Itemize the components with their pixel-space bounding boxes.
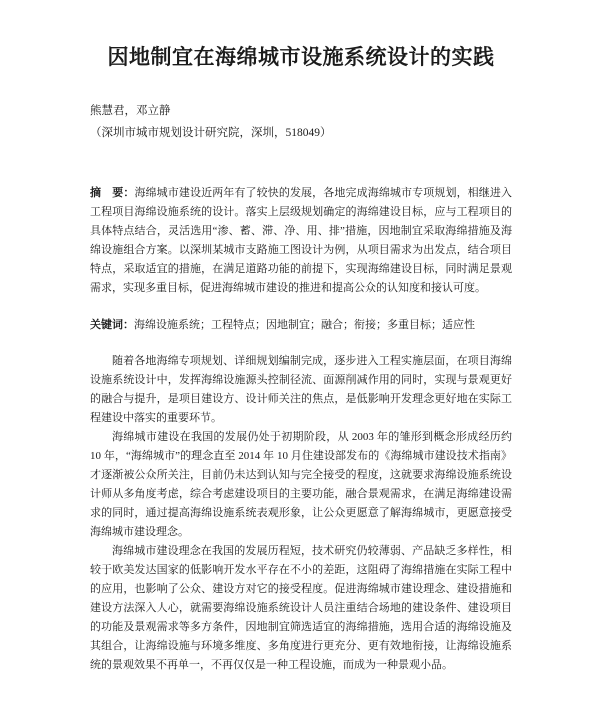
body-paragraph-2: 海绵城市建设在我国的发展仍处于初期阶段，从 2003 年的雏形到概念形成经历约 … [90,428,512,542]
keywords-text: 海绵设施系统；工程特点；因地制宜；融合；衔接；多重目标；适应性 [134,319,475,331]
affiliation-line: （深圳市城市规划设计研究院，深圳，518049） [90,126,512,141]
abstract-text: 海绵城市建设近两年有了较快的发展，各地完成海绵城市专项规划，相继进入工程项目海绵… [90,187,512,294]
abstract-section: 摘 要：海绵城市建设近两年有了较快的发展，各地完成海绵城市专项规划，相继进入工程… [90,184,512,298]
paper-title: 因地制宜在海绵城市设施系统设计的实践 [90,0,512,70]
abstract-label: 摘 要： [90,187,134,199]
body-paragraph-3: 海绵城市建设理念在我国的发展历程短，技术研究仍较薄弱、产品缺乏多样性，相较于欧美… [90,542,512,675]
body-text: 随着各地海绵专项规划、详细规划编制完成，逐步进入工程实施层面，在项目海绵设施系统… [90,352,512,675]
scanned-paper-page: 因地制宜在海绵城市设施系统设计的实践 熊慧君，邓立静 （深圳市城市规划设计研究院… [0,0,600,727]
body-paragraph-1: 随着各地海绵专项规划、详细规划编制完成，逐步进入工程实施层面，在项目海绵设施系统… [90,352,512,428]
authors-line: 熊慧君，邓立静 [90,104,512,119]
keywords-label: 关键词： [90,319,134,331]
keywords-section: 关键词：海绵设施系统；工程特点；因地制宜；融合；衔接；多重目标；适应性 [90,316,512,335]
